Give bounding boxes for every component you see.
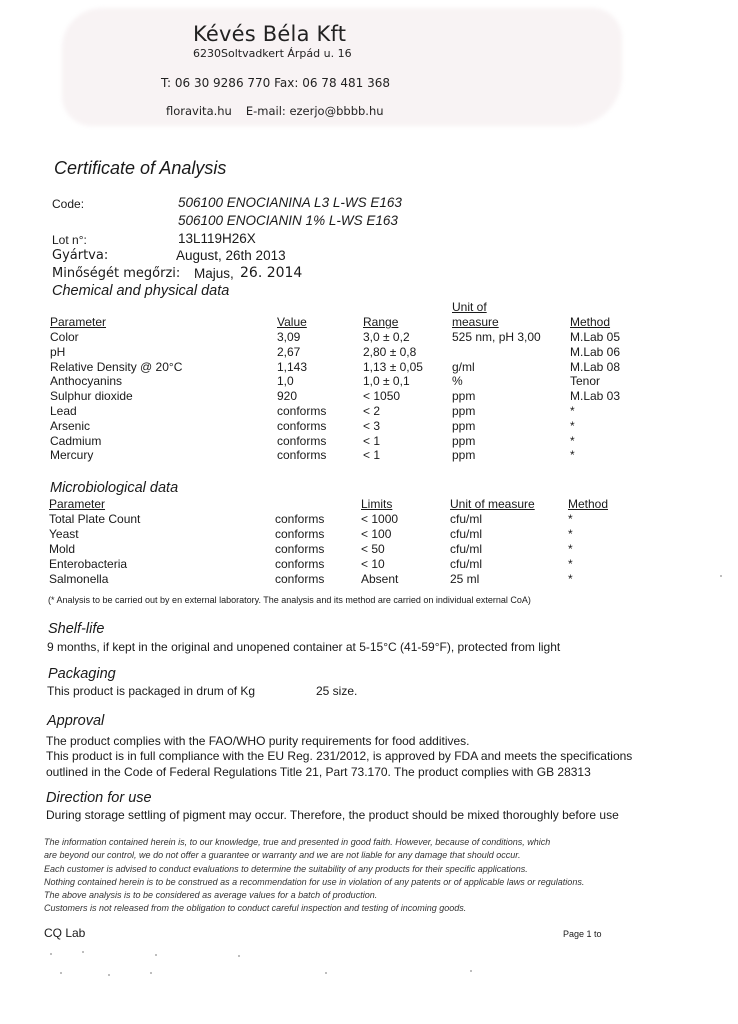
cell-value: conforms [275, 542, 324, 556]
cell-method: M.Lab 08 [570, 360, 620, 374]
cell-range: < 1 [363, 434, 380, 448]
produced-label: Gyártva: [52, 248, 108, 263]
cell-range: 1,13 ± 0,05 [363, 360, 423, 374]
footer-page-number: Page 1 to [563, 929, 602, 939]
chemical-section-title: Chemical and physical data [52, 283, 229, 299]
produced-value: August, 26th 2013 [176, 248, 286, 263]
cell-range: < 3 [363, 419, 380, 433]
approval-line-2: This product is in full compliance with … [46, 749, 632, 763]
cell-method: * [568, 542, 573, 556]
scan-artifact [238, 955, 240, 957]
disclaimer-line: Each customer is advised to conduct eval… [44, 863, 584, 876]
cell-range: < 1 [363, 448, 380, 462]
disclaimer-line: The above analysis is to be considered a… [44, 889, 584, 902]
cell-unit: 525 nm, pH 3,00 [452, 330, 541, 344]
cell-parameter: Relative Density @ 20°C [50, 360, 182, 374]
approval-title: Approval [47, 713, 104, 729]
cell-value: 1,143 [277, 360, 307, 374]
cell-parameter: Cadmium [50, 434, 101, 448]
cell-value: conforms [277, 404, 326, 418]
cell-value: conforms [277, 419, 326, 433]
cell-limit: < 50 [361, 542, 385, 556]
cell-range: < 1050 [363, 389, 400, 403]
scan-artifact [150, 972, 152, 974]
cell-value: 2,67 [277, 345, 300, 359]
direction-title: Direction for use [46, 790, 152, 806]
cell-limit: < 1000 [361, 512, 398, 526]
cell-limit: Absent [361, 572, 398, 586]
company-email[interactable]: E-mail: ezerjo@bbbb.hu [246, 104, 384, 118]
cell-method: * [568, 512, 573, 526]
cell-method: * [570, 434, 575, 448]
code-value-2: 506100 ENOCIANIN 1% L-WS E163 [178, 213, 398, 228]
lot-value: 13L119H26X [178, 231, 256, 246]
cell-unit: ppm [452, 389, 475, 403]
cell-parameter: Yeast [49, 527, 79, 541]
micro-footnote: (* Analysis to be carried out by en exte… [48, 595, 531, 605]
header-unit-line1: Unit of [452, 300, 487, 314]
cell-unit: ppm [452, 434, 475, 448]
packaging-size: 25 size. [316, 684, 357, 698]
cell-value: conforms [277, 434, 326, 448]
cell-range: 1,0 ± 0,1 [363, 374, 410, 388]
code-value-1: 506100 ENOCIANINA L3 L-WS E163 [178, 195, 402, 210]
cell-value: conforms [275, 527, 324, 541]
scan-artifact [50, 953, 52, 955]
cell-value: conforms [275, 557, 324, 571]
header-limits: Limits [361, 497, 392, 511]
footer-lab: CQ Lab [44, 926, 85, 940]
cell-parameter: Lead [50, 404, 77, 418]
cell-limit: < 100 [361, 527, 391, 541]
cell-parameter: Enterobacteria [49, 557, 127, 571]
header-parameter: Parameter [49, 497, 105, 511]
packaging-text: This product is packaged in drum of Kg [47, 684, 255, 698]
cell-method: * [568, 557, 573, 571]
cell-unit: 25 ml [450, 572, 479, 586]
disclaimer: The information contained herein is, to … [44, 836, 584, 916]
best-before-date: 26. 2014 [240, 265, 302, 281]
cell-limit: < 10 [361, 557, 385, 571]
header-method: Method [570, 315, 610, 329]
header-unit: Unit of measure [450, 497, 535, 511]
cell-value: conforms [275, 512, 324, 526]
approval-line-1: The product complies with the FAO/WHO pu… [46, 734, 470, 748]
company-contacts: floravita.huE-mail: ezerjo@bbbb.hu [166, 104, 384, 118]
header-value: Value [277, 315, 307, 329]
cell-method: M.Lab 05 [570, 330, 620, 344]
cell-parameter: Mold [49, 542, 75, 556]
direction-text: During storage settling of pigment may o… [46, 808, 619, 822]
cell-parameter: Arsenic [50, 419, 90, 433]
cell-unit: ppm [452, 404, 475, 418]
cell-unit: g/ml [452, 360, 475, 374]
cell-value: conforms [277, 448, 326, 462]
scan-artifact [82, 951, 84, 953]
packaging-title: Packaging [48, 666, 116, 682]
cell-value: 920 [277, 389, 297, 403]
scan-artifact [60, 972, 62, 974]
company-name: Kévés Béla Kft [193, 22, 346, 46]
company-website[interactable]: floravita.hu [166, 104, 232, 118]
cell-unit: cfu/ml [450, 557, 482, 571]
approval-line-3: outlined in the Code of Federal Regulati… [46, 765, 591, 779]
cell-unit: cfu/ml [450, 542, 482, 556]
cell-parameter: Mercury [50, 448, 93, 462]
disclaimer-line: Customers is not released from the oblig… [44, 902, 584, 915]
cell-method: Tenor [570, 374, 600, 388]
micro-section-title: Microbiological data [50, 480, 178, 496]
cell-method: M.Lab 03 [570, 389, 620, 403]
best-before-month: Majus, [194, 266, 234, 281]
cell-parameter: Sulphur dioxide [50, 389, 133, 403]
disclaimer-line: are beyond our control, we do not offer … [44, 849, 584, 862]
cell-parameter: Salmonella [49, 572, 108, 586]
shelf-life-text: 9 months, if kept in the original and un… [47, 640, 560, 654]
scan-artifact [470, 970, 472, 972]
cell-value: conforms [275, 572, 324, 586]
cell-range: 3,0 ± 0,2 [363, 330, 410, 344]
best-before-label: Minőségét megőrzi: [52, 266, 180, 281]
cell-unit: ppm [452, 448, 475, 462]
cell-parameter: Color [50, 330, 79, 344]
cell-method: * [570, 404, 575, 418]
cell-range: 2,80 ± 0,8 [363, 345, 416, 359]
document-title: Certificate of Analysis [54, 158, 226, 179]
cell-parameter: pH [50, 345, 65, 359]
scan-artifact [325, 972, 327, 974]
scan-artifact [155, 954, 157, 956]
scan-artifact [720, 575, 722, 577]
cell-method: M.Lab 06 [570, 345, 620, 359]
cell-parameter: Anthocyanins [50, 374, 122, 388]
disclaimer-line: The information contained herein is, to … [44, 836, 584, 849]
company-phone-fax: T: 06 30 9286 770 Fax: 06 78 481 368 [161, 76, 390, 90]
company-address: 6230Soltvadkert Árpád u. 16 [193, 47, 352, 60]
scan-artifact [108, 974, 110, 976]
cell-parameter: Total Plate Count [49, 512, 140, 526]
cell-unit: cfu/ml [450, 512, 482, 526]
cell-method: * [570, 419, 575, 433]
header-method: Method [568, 497, 608, 511]
cell-method: * [568, 572, 573, 586]
cell-method: * [570, 448, 575, 462]
cell-unit: % [452, 374, 463, 388]
cell-value: 1,0 [277, 374, 294, 388]
cell-unit: ppm [452, 419, 475, 433]
cell-value: 3,09 [277, 330, 300, 344]
header-parameter: Parameter [50, 315, 106, 329]
header-unit-line2: measure [452, 315, 499, 329]
code-label: Code: [52, 197, 84, 211]
cell-method: * [568, 527, 573, 541]
cell-range: < 2 [363, 404, 380, 418]
lot-label: Lot n°: [52, 233, 87, 247]
cell-unit: cfu/ml [450, 527, 482, 541]
disclaimer-line: Nothing contained herein is to be constr… [44, 876, 584, 889]
header-range: Range [363, 315, 398, 329]
shelf-life-title: Shelf-life [48, 621, 104, 637]
